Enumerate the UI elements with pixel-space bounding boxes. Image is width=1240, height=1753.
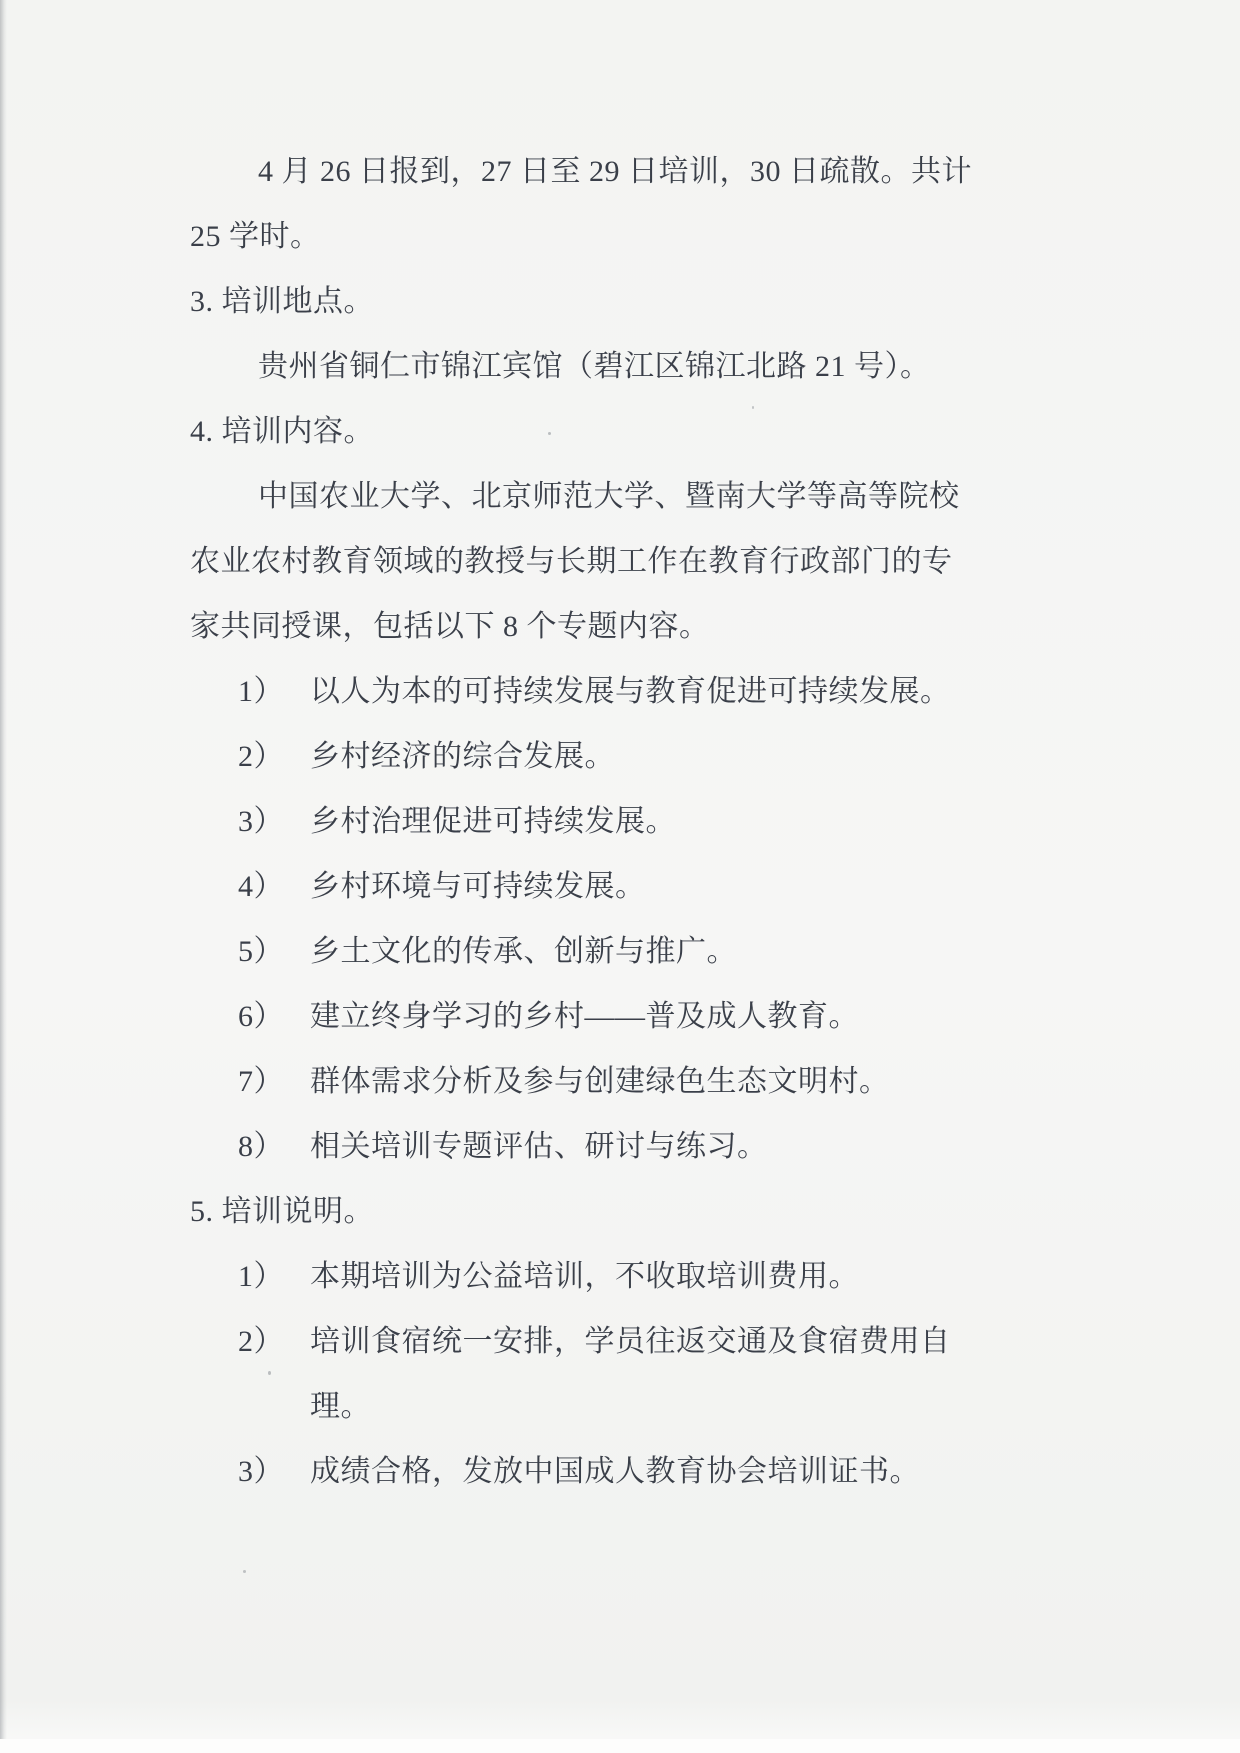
line-text: 以人为本的可持续发展与教育促进可持续发展。 — [310, 675, 951, 708]
list-number: 6） — [238, 984, 310, 1049]
topic-list-item: 5）乡土文化的传承、创新与推广。 — [190, 919, 960, 984]
topic-list-item: 7）群体需求分析及参与创建绿色生态文明村。 — [190, 1049, 960, 1114]
list-number: 2） — [238, 1309, 310, 1374]
list-number: 4） — [238, 854, 310, 919]
list-number: 7） — [238, 1049, 310, 1114]
note-list-item: 2）培训食宿统一安排，学员往返交通及食宿费用自 — [190, 1309, 960, 1374]
line-text: 建立终身学习的乡村——普及成人教育。 — [310, 1000, 859, 1033]
line-text: 成绩合格，发放中国成人教育协会培训证书。 — [310, 1455, 920, 1488]
scan-speck — [268, 1371, 271, 1375]
line-text: 群体需求分析及参与创建绿色生态文明村。 — [310, 1065, 890, 1098]
scan-speck — [243, 1570, 246, 1573]
list-number: 3） — [238, 1439, 310, 1504]
line-text: 培训食宿统一安排，学员往返交通及食宿费用自 — [310, 1325, 951, 1358]
line-text: 4. 培训内容。 — [190, 415, 374, 448]
line-text: 乡村治理促进可持续发展。 — [310, 805, 676, 838]
line-text: 4 月 26 日报到，27 日至 29 日培训，30 日疏散。共计 — [258, 155, 972, 188]
note-list-item-continuation: 理。 — [190, 1374, 960, 1439]
document-body: 4 月 26 日报到，27 日至 29 日培训，30 日疏散。共计 25 学时。… — [190, 139, 960, 1504]
paragraph-line-faculty-1: 中国农业大学、北京师范大学、暨南大学等高等院校 — [190, 464, 960, 529]
topic-list-item: 4）乡村环境与可持续发展。 — [190, 854, 960, 919]
topic-list-item: 6）建立终身学习的乡村——普及成人教育。 — [190, 984, 960, 1049]
paragraph-line-schedule: 4 月 26 日报到，27 日至 29 日培训，30 日疏散。共计 — [190, 139, 960, 204]
topic-list-item: 3）乡村治理促进可持续发展。 — [190, 789, 960, 854]
scan-speck — [752, 406, 754, 409]
line-text: 3. 培训地点。 — [190, 285, 374, 318]
line-text: 家共同授课，包括以下 8 个专题内容。 — [190, 610, 710, 643]
scanned-document-page: 4 月 26 日报到，27 日至 29 日培训，30 日疏散。共计 25 学时。… — [0, 0, 1240, 1753]
line-text: 本期培训为公益培训，不收取培训费用。 — [310, 1260, 859, 1293]
paragraph-line-faculty-2: 农业农村教育领域的教授与长期工作在教育行政部门的专 — [190, 529, 960, 594]
topic-list-item: 2）乡村经济的综合发展。 — [190, 724, 960, 789]
scan-edge-shadow — [0, 0, 7, 1753]
line-text: 理。 — [310, 1390, 371, 1423]
line-text: 相关培训专题评估、研讨与练习。 — [310, 1130, 768, 1163]
line-text: 25 学时。 — [190, 220, 321, 253]
line-text: 5. 培训说明。 — [190, 1195, 374, 1228]
line-text: 乡村环境与可持续发展。 — [310, 870, 646, 903]
line-text: 乡村经济的综合发展。 — [310, 740, 615, 773]
section-heading-content: 4. 培训内容。 — [190, 399, 960, 464]
note-list-item: 3）成绩合格，发放中国成人教育协会培训证书。 — [190, 1439, 960, 1504]
paragraph-line-location: 贵州省铜仁市锦江宾馆（碧江区锦江北路 21 号）。 — [190, 334, 960, 399]
paragraph-line-faculty-3: 家共同授课，包括以下 8 个专题内容。 — [190, 594, 960, 659]
list-number: 2） — [238, 724, 310, 789]
list-number: 8） — [238, 1114, 310, 1179]
note-list-item: 1）本期培训为公益培训，不收取培训费用。 — [190, 1244, 960, 1309]
section-heading-notes: 5. 培训说明。 — [190, 1179, 960, 1244]
section-heading-location: 3. 培训地点。 — [190, 269, 960, 334]
list-number: 1） — [238, 1244, 310, 1309]
scan-edge-bottom — [0, 1739, 1240, 1753]
list-number: 1） — [238, 659, 310, 724]
paragraph-line-schedule-cont: 25 学时。 — [190, 204, 960, 269]
topic-list-item: 8）相关培训专题评估、研讨与练习。 — [190, 1114, 960, 1179]
scan-speck — [548, 432, 551, 435]
line-text: 农业农村教育领域的教授与长期工作在教育行政部门的专 — [190, 545, 953, 578]
topic-list-item: 1）以人为本的可持续发展与教育促进可持续发展。 — [190, 659, 960, 724]
line-text: 中国农业大学、北京师范大学、暨南大学等高等院校 — [258, 480, 960, 513]
list-number: 5） — [238, 919, 310, 984]
list-number: 3） — [238, 789, 310, 854]
line-text: 乡土文化的传承、创新与推广。 — [310, 935, 737, 968]
line-text: 贵州省铜仁市锦江宾馆（碧江区锦江北路 21 号）。 — [258, 350, 931, 383]
